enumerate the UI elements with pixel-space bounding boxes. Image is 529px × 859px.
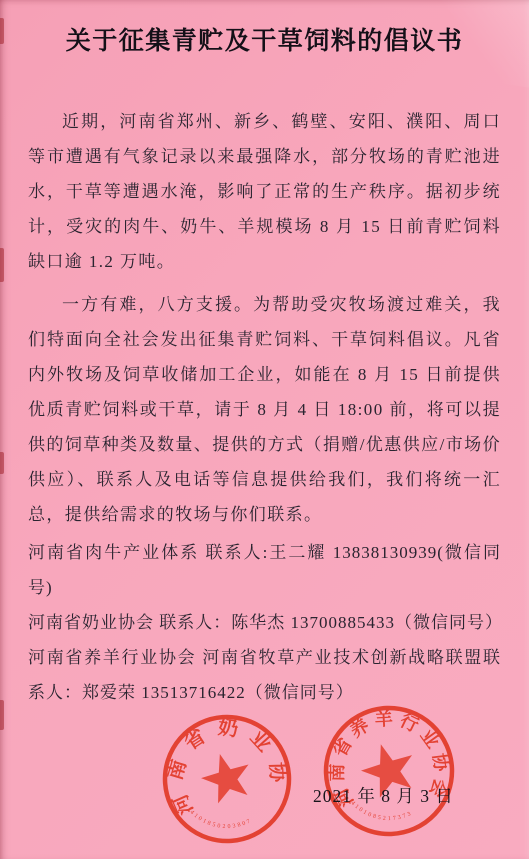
document-body: 近期，河南省郑州、新乡、鹤壁、安阳、濮阳、周口等市遭遇有气象记录以来最强降水，部… (28, 104, 501, 532)
contact-line: 河南省肉牛产业体系 联系人:王二耀 13838130939(微信同号) (28, 535, 501, 605)
seal-serial: 4101850203807 (188, 805, 253, 832)
document-page: 关于征集青贮及干草饲料的倡议书 近期，河南省郑州、新乡、鹤壁、安阳、濮阳、周口等… (0, 0, 529, 859)
contact-block: 河南省肉牛产业体系 联系人:王二耀 13838130939(微信同号) 河南省奶… (28, 535, 501, 710)
body-paragraph: 近期，河南省郑州、新乡、鹤壁、安阳、濮阳、周口等市遭遇有气象记录以来最强降水，部… (28, 104, 501, 279)
seal-star-icon (196, 747, 256, 806)
contact-line: 河南省奶业协会 联系人：陈华杰 13700885433（微信同号） (28, 605, 501, 640)
body-paragraph: 一方有难，八方支援。为帮助受灾牧场渡过难关，我们特面向全社会发出征集青贮饲料、干… (28, 287, 501, 532)
scan-artifact (0, 248, 4, 282)
scan-artifact (0, 452, 4, 474)
document-title: 关于征集青贮及干草饲料的倡议书 (28, 26, 501, 58)
seal-sheep-association: 河南省养羊行业协会 4101085217373 (317, 699, 462, 844)
scan-artifact (0, 700, 4, 730)
scan-artifact (0, 18, 4, 44)
seal-dairy-association: 河南省奶业协会 4101850203807 (152, 704, 301, 853)
date-line: 2021 年 8 月 3 日 (313, 783, 454, 808)
